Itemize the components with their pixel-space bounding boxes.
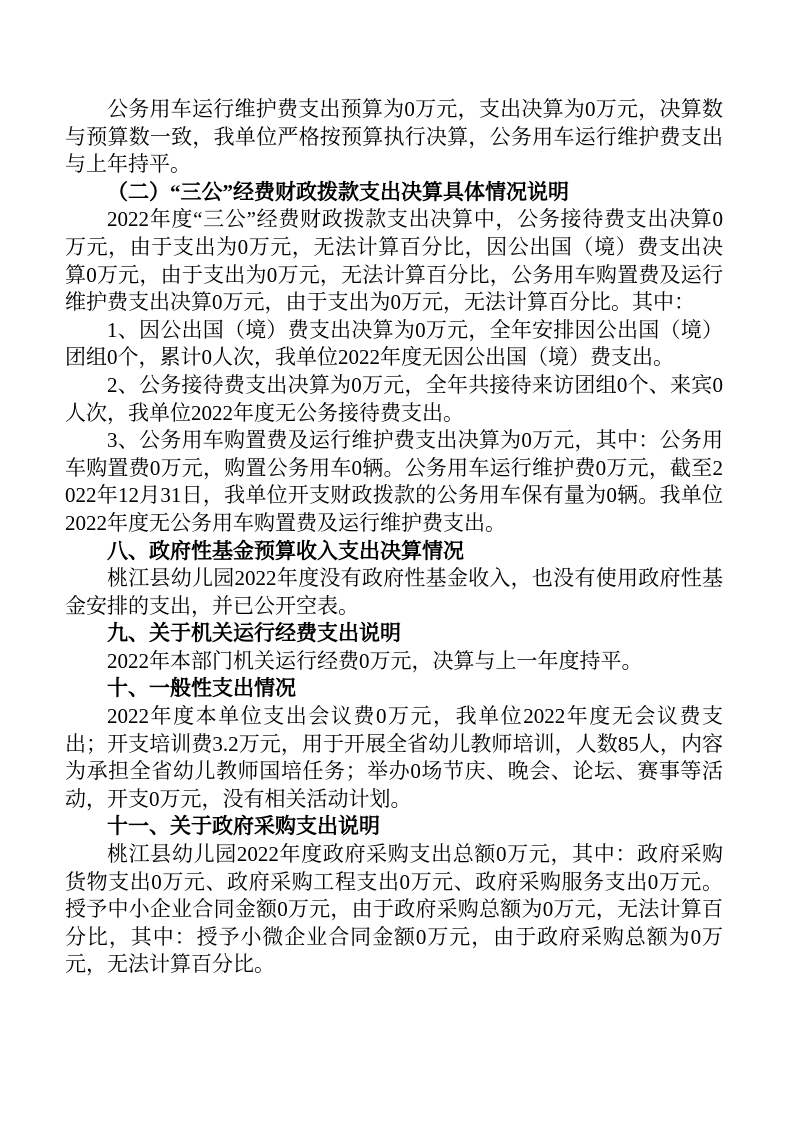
para-government-fund-statement: 桃江县幼儿园2022年度没有政府性基金收入，也没有使用政府性基金安排的支出，并已…: [65, 565, 723, 620]
para-item-2-official-reception: 2、公务接待费支出决算为0万元，全年共接待来访团组0个、来宾0人次，我单位202…: [65, 372, 723, 427]
para-vehicle-operation-budget-vs-final: 公务用车运行维护费支出预算为0万元，支出决算为0万元，决算数与预算数一致，我单位…: [65, 96, 723, 179]
heading-section-10-general-expenditure: 十、一般性支出情况: [65, 675, 723, 703]
para-government-procurement-statement: 桃江县幼儿园2022年度政府采购支出总额0万元，其中：政府采购货物支出0万元、政…: [65, 841, 723, 979]
heading-section-11-government-procurement: 十一、关于政府采购支出说明: [65, 813, 723, 841]
para-operating-expenses-statement: 2022年本部门机关运行经费0万元，决算与上一年度持平。: [65, 648, 723, 676]
heading-section-2-three-public-funds-detail: （二）“三公”经费财政拨款支出决算具体情况说明: [65, 179, 723, 207]
para-general-expenditure-statement: 2022年度本单位支出会议费0万元，我单位2022年度无会议费支出；开支培训费3…: [65, 703, 723, 813]
para-item-3-vehicle-purchase-maintenance: 3、公务用车购置费及运行维护费支出决算为0万元，其中：公务用车购置费0万元，购置…: [65, 427, 723, 537]
heading-section-9-operating-expenses: 九、关于机关运行经费支出说明: [65, 620, 723, 648]
heading-section-8-government-fund-budget: 八、政府性基金预算收入支出决算情况: [65, 538, 723, 566]
para-three-public-funds-final-accounts: 2022年度“三公”经费财政拨款支出决算中，公务接待费支出决算0万元，由于支出为…: [65, 206, 723, 316]
para-item-1-overseas-trips: 1、因公出国（境）费支出决算为0万元，全年安排因公出国（境）团组0个，累计0人次…: [65, 317, 723, 372]
document-page: 公务用车运行维护费支出预算为0万元，支出决算为0万元，决算数与预算数一致，我单位…: [0, 0, 793, 1122]
